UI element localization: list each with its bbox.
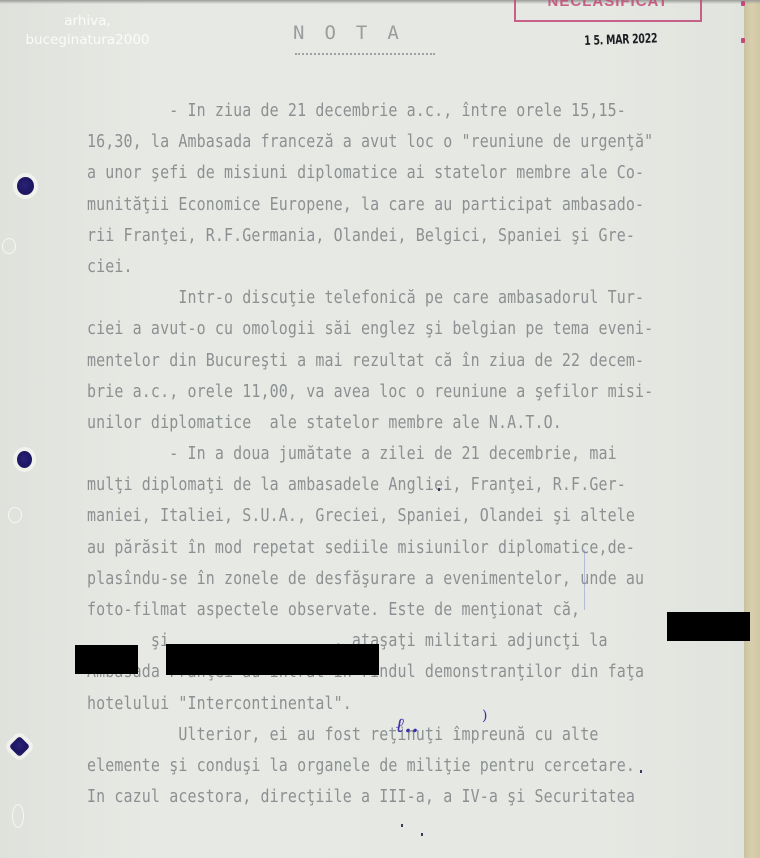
document-line: Ulterior, ei au fost reţinuţi împreună c… (87, 720, 659, 751)
document-line: - In a doua jumătate a zilei de 21 decem… (87, 439, 659, 470)
classification-stamp: NECLASIFICAT (514, 0, 702, 22)
redaction-box (166, 644, 379, 675)
handwritten-stroke: ) (482, 708, 487, 724)
document-line: 16,30, la Ambasada franceză a avut loc o… (87, 127, 659, 158)
watermark-line-1: arhiva, (0, 12, 175, 31)
margin-dot (741, 1, 745, 6)
redaction-box (75, 645, 138, 674)
document-line: foto-filmat aspectele observate. Este de… (87, 595, 659, 626)
watermark-line-2: buceginatura2000 (0, 31, 175, 50)
document-line: rii Franţei, R.F.Germania, Olandei, Belg… (87, 221, 659, 252)
document-line: hotelului "Intercontinental". (87, 689, 659, 720)
watermark: arhiva, buceginatura2000 (0, 12, 175, 50)
document-line: In cazul acestora, direcţiile a III-a, a… (87, 782, 659, 813)
document-line: munităţii Economice Europene, la care au… (87, 190, 659, 221)
document-line: unilor diplomatice ale statelor membre a… (87, 408, 659, 439)
document-line: ciei a avut-o cu omologii săi englez şi … (87, 314, 659, 345)
ink-speck (401, 824, 403, 827)
punch-hole (17, 451, 32, 468)
document-title: NOTA (293, 22, 419, 44)
document-line: brie a.c., orele 11,00, va avea loc o re… (87, 377, 659, 408)
document-line: au părăsit în mod repetat sediile misiun… (87, 533, 659, 564)
document-line: Intr-o discuţie telefonică pe care ambas… (87, 283, 659, 314)
document-body: - In ziua de 21 decembrie a.c., între or… (87, 96, 752, 813)
document-line: a unor şefi de misiuni diplomatice ai st… (87, 158, 659, 189)
redaction-box (667, 612, 750, 641)
punch-hole-faint (8, 507, 22, 523)
date-stamp: 1 5. MAR 2022 (584, 31, 658, 49)
ink-speck (438, 488, 440, 491)
document-line: plasîndu-se în zonele de desfăşurare a e… (87, 564, 659, 595)
punch-hole-faint (2, 238, 16, 254)
document-line: mentelor din Bucureşti a mai rezultat că… (87, 346, 659, 377)
document-line: - In ziua de 21 decembrie a.c., între or… (87, 96, 659, 127)
punch-hole-faint (12, 804, 24, 828)
punch-hole (17, 177, 34, 195)
handwritten-mark: ℓ.. (396, 713, 418, 738)
document-line: elemente şi conduşi la organele de miliţ… (87, 751, 659, 782)
document-line: ciei. (87, 252, 659, 283)
margin-dot (741, 38, 745, 43)
pen-line (584, 550, 585, 610)
ink-speck (421, 833, 423, 836)
title-underline (295, 53, 435, 55)
document-line: maniei, Italiei, S.U.A., Greciei, Spanie… (87, 501, 659, 532)
document-line: mulţi diplomaţi de la ambasadele Angliei… (87, 470, 659, 501)
ink-speck (640, 770, 642, 773)
